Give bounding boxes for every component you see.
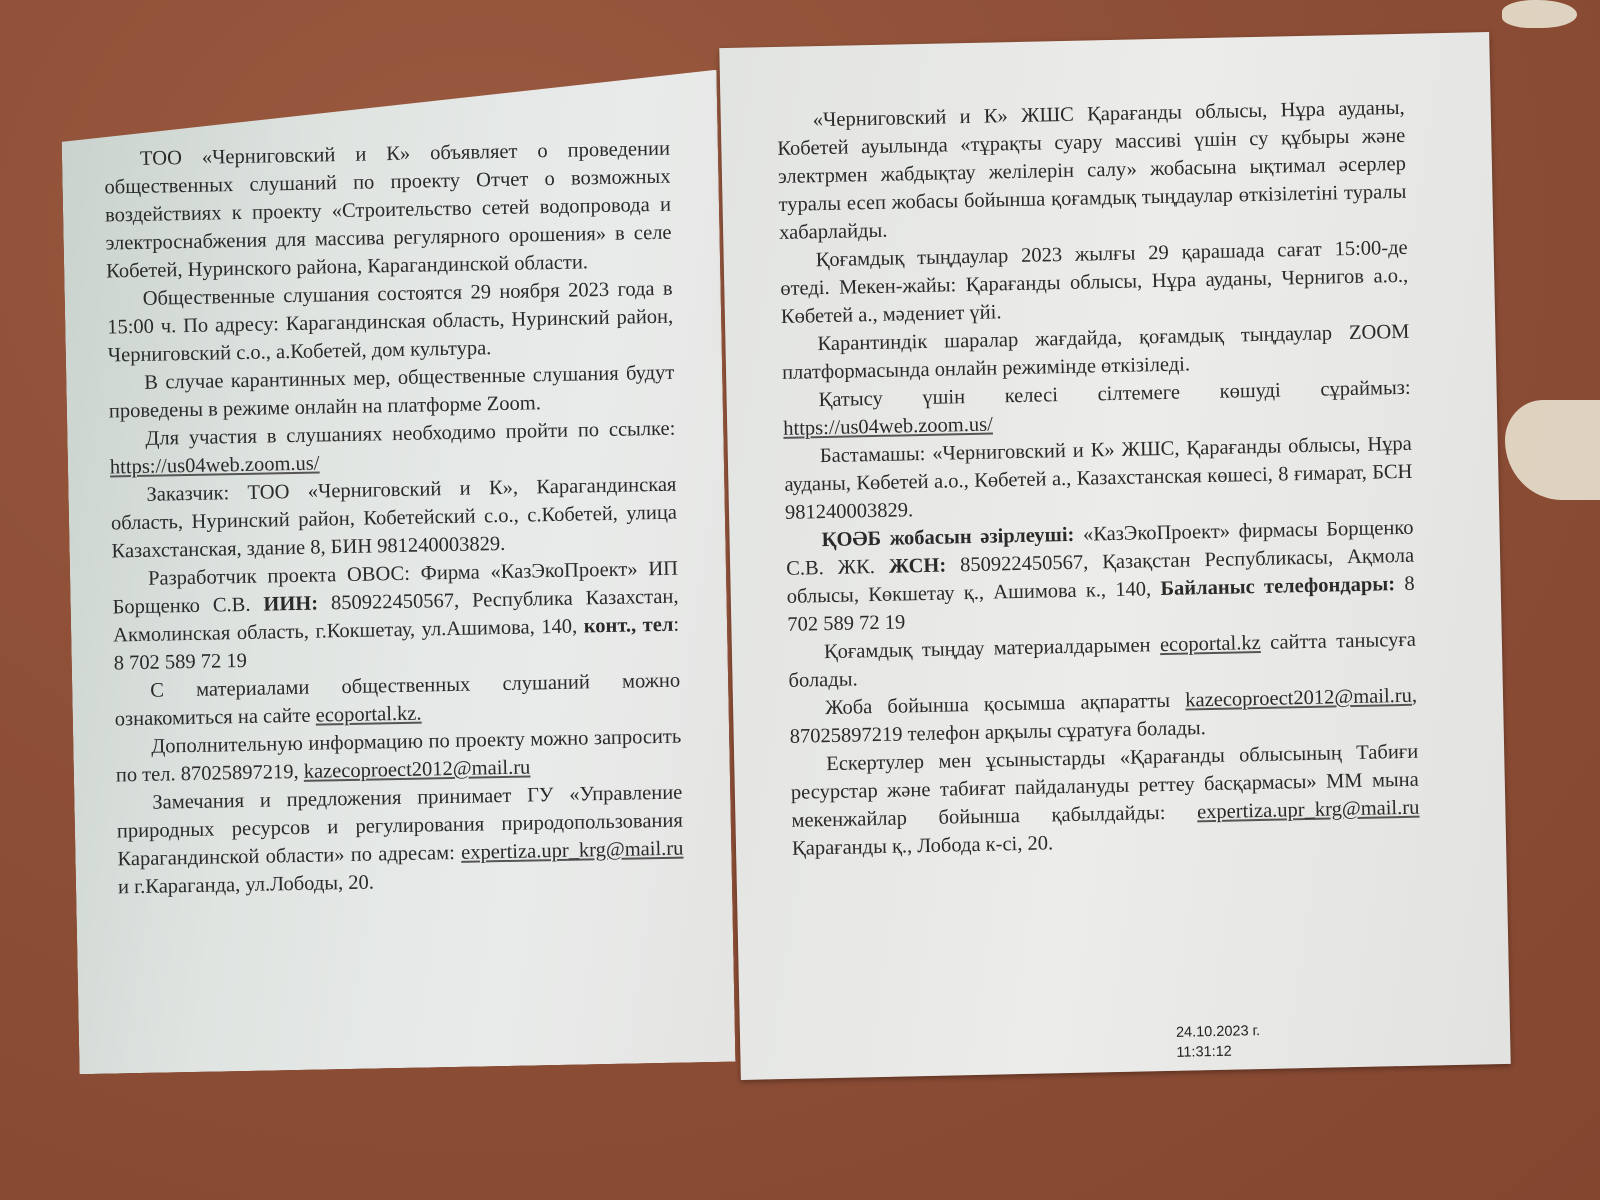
- iin-label: ЖСН:: [889, 555, 947, 578]
- ru-intro-paragraph: ТОО «Черниговский и К» объявляет о прове…: [104, 135, 673, 286]
- notice-sheet-kazakh: «Черниговский и К» ЖШС Қарағанды облысы,…: [719, 32, 1510, 1080]
- phone-label: конт., тел: [584, 614, 674, 638]
- paper-remnant-top: [1502, 0, 1577, 28]
- text: Қоғамдық тыңдау материалдарымен: [824, 634, 1160, 663]
- timestamp-time: 11:31:12: [1176, 1041, 1261, 1063]
- kz-initiator-paragraph: Бастамашы: «Черниговский и К» ЖШС, Қарағ…: [784, 430, 1414, 527]
- zoom-link[interactable]: https://us04web.zoom.us/: [783, 414, 993, 440]
- text: Қарағанды қ., Лобода к-сі, 20.: [792, 832, 1054, 859]
- text: и г.Караганда, ул.Лободы, 20.: [118, 872, 374, 899]
- ru-link-label: Для участия в слушаниях необходимо пройт…: [145, 418, 675, 450]
- developer-label: ҚОӘБ жобасын әзірлеуші:: [821, 524, 1074, 551]
- phone-label: Байланыс телефондары:: [1160, 573, 1395, 600]
- notice-sheet-russian: ТОО «Черниговский и К» объявляет о прове…: [61, 70, 736, 1074]
- ru-developer-paragraph: Разработчик проекта ОВОС: Фирма «КазЭкоП…: [112, 555, 680, 678]
- ru-customer-paragraph: Заказчик: ТОО «Черниговский и К», Карага…: [110, 471, 678, 566]
- ru-date-paragraph: Общественные слушания состоятся 29 ноябр…: [106, 275, 674, 370]
- email-link[interactable]: kazecoproect2012@mail.ru: [1185, 685, 1412, 712]
- iin-label: ИИН:: [263, 593, 318, 616]
- ecoportal-link[interactable]: ecoportal.kz: [1160, 632, 1261, 656]
- timestamp-date: 24.10.2023 г.: [1176, 1021, 1261, 1043]
- kz-intro-paragraph: «Черниговский и К» ЖШС Қарағанды облысы,…: [777, 94, 1408, 247]
- email-link[interactable]: kazecoproect2012@mail.ru: [303, 756, 530, 782]
- text: Жоба бойынша қосымша ақпаратты: [825, 690, 1186, 720]
- kz-developer-paragraph: ҚОӘБ жобасын әзірлеуші: «КазЭкоПроект» ф…: [785, 514, 1415, 639]
- ecoportal-link[interactable]: ecoportal.kz.: [315, 703, 421, 727]
- paper-remnant-right: [1505, 400, 1600, 500]
- expertiza-email-link[interactable]: expertiza.upr_krg@mail.ru: [461, 838, 684, 864]
- expertiza-email-link[interactable]: expertiza.upr_krg@mail.ru: [1197, 797, 1420, 824]
- ru-remarks-paragraph: Замечания и предложения принимает ГУ «Уп…: [116, 779, 684, 902]
- kz-date-paragraph: Қоғамдық тыңдаулар 2023 жылғы 29 қарашад…: [779, 234, 1409, 331]
- kz-remarks-paragraph: Ескертулер мен ұсыныстарды «Қарағанды об…: [790, 738, 1420, 863]
- zoom-link[interactable]: https://us04web.zoom.us/: [110, 452, 320, 478]
- photo-timestamp: 24.10.2023 г. 11:31:12: [1176, 1021, 1261, 1063]
